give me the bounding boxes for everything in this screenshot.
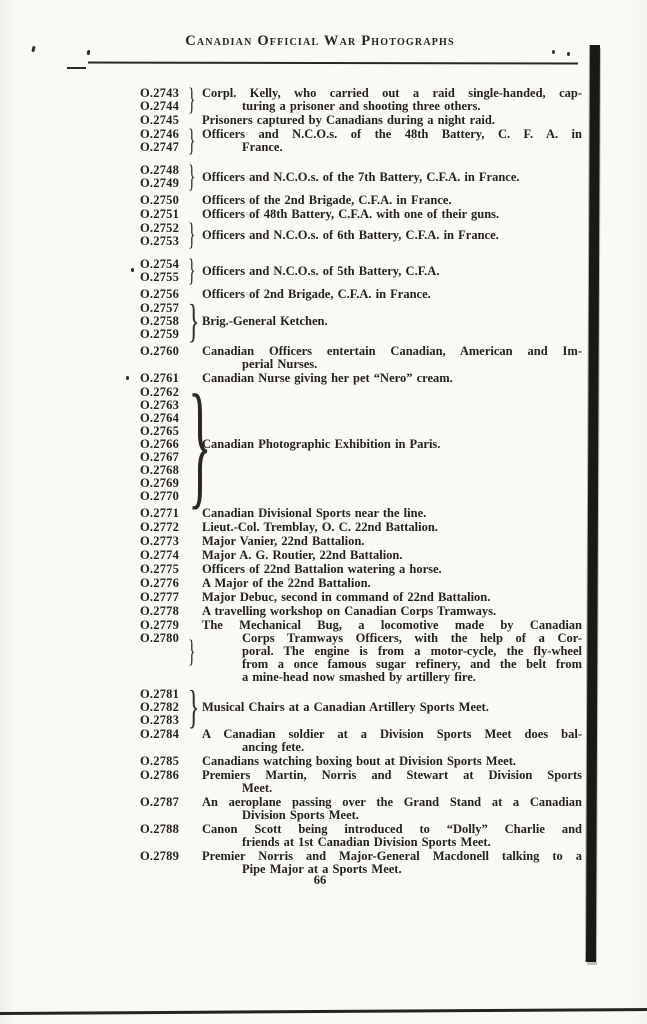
photo-number-column: O.2786	[140, 769, 188, 782]
brace-column	[188, 755, 202, 768]
caption-line: Major Debuc, second in command of 22nd B…	[202, 591, 582, 604]
caption: Musical Chairs at a Canadian Artillery S…	[202, 701, 582, 714]
caption-line: a mine-head now smashed by artillery fir…	[202, 671, 582, 684]
brace-column: }	[188, 688, 202, 727]
photo-number-column: O.2777	[140, 591, 188, 604]
catalog-entry: O.2754O.2755}Officers and N.C.O.s. of 5t…	[140, 258, 582, 284]
photo-number-column: O.2776	[140, 577, 188, 590]
scan-artifact-page-edge	[0, 1008, 647, 1015]
caption: Officers and N.C.O.s. of the 7th Battery…	[202, 171, 582, 184]
brace-column	[188, 521, 202, 534]
caption: Lieut.-Col. Tremblay, O. C. 22nd Battali…	[202, 521, 582, 534]
photo-number-column: O.2785	[140, 755, 188, 768]
brace-column	[188, 563, 202, 576]
group-brace: }	[188, 684, 199, 731]
brace-column	[188, 535, 202, 548]
catalog-entry: O.2756Officers of 2nd Brigade, C.F.A. in…	[140, 288, 582, 301]
photo-number: O.2783	[140, 714, 188, 727]
photo-number: O.2756	[140, 288, 188, 301]
caption: Officers of 22nd Battalion watering a ho…	[202, 563, 582, 576]
photo-number-column: O.2754O.2755	[140, 258, 188, 284]
group-brace: }	[188, 219, 195, 250]
catalog-entry: O.2762O.2763O.2764O.2765O.2766O.2767O.27…	[140, 386, 582, 503]
caption: Canadian Divisional Sports near the line…	[202, 507, 582, 520]
caption: Canadian Photographic Exhibition in Pari…	[202, 438, 582, 451]
caption: Canon Scott being introduced to “Dolly” …	[202, 823, 582, 849]
photo-number-column: O.2750	[140, 194, 188, 207]
group-brace: }	[188, 298, 199, 345]
caption-line: perial Nurses.	[202, 358, 582, 371]
catalog-entry: O.2781O.2782O.2783}Musical Chairs at a C…	[140, 688, 582, 727]
catalog-entry: O.2776A Major of the 22nd Battalion.	[140, 577, 582, 590]
caption-line: turing a prisoner and shooting three oth…	[202, 100, 582, 113]
photo-number-column: O.2751	[140, 208, 188, 221]
caption: Prisoners captured by Canadians during a…	[202, 114, 582, 127]
brace-column	[188, 796, 202, 822]
photo-number: O.2774	[140, 549, 188, 562]
caption: The Mechanical Bug, a locomotive made by…	[202, 619, 582, 684]
group-brace: }	[188, 125, 195, 156]
brace-column: }	[188, 619, 202, 684]
catalog-entry: O.2757O.2758O.2759}Brig.-General Ketchen…	[140, 302, 582, 341]
caption: Major A. G. Routier, 22nd Battalion.	[202, 549, 582, 562]
photo-number: O.2755	[140, 271, 188, 284]
photo-number-column: O.2756	[140, 288, 188, 301]
caption: A Canadian soldier at a Division Sports …	[202, 728, 582, 754]
ink-speck	[567, 52, 570, 56]
photo-catalog-list: O.2743O.2744}Corpl. Kelly, who carried o…	[140, 86, 582, 876]
photo-number-column: O.2761	[140, 372, 188, 385]
photo-number: O.2776	[140, 577, 188, 590]
caption-line: Meet.	[202, 782, 582, 795]
photo-number: O.2751	[140, 208, 188, 221]
photo-number-column: O.2772	[140, 521, 188, 534]
photo-number: O.2760	[140, 345, 188, 358]
caption-line: Officers and N.C.O.s. of the 7th Battery…	[202, 171, 582, 184]
catalog-entry: O.2775Officers of 22nd Battalion waterin…	[140, 563, 582, 576]
catalog-entry: O.2752O.2753}Officers and N.C.O.s. of 6t…	[140, 222, 582, 248]
group-brace: }	[188, 255, 195, 286]
caption-line: Canadian Nurse giving her pet “Nero” cre…	[202, 372, 582, 385]
brace-column	[188, 591, 202, 604]
photo-number: O.2788	[140, 823, 188, 836]
catalog-entry: O.2774Major A. G. Routier, 22nd Battalio…	[140, 549, 582, 562]
photo-number: O.2753	[140, 235, 188, 248]
photo-number-column: O.2746O.2747	[140, 128, 188, 154]
photo-number-column: O.2779O.2780	[140, 619, 188, 645]
caption: Officers and N.C.O.s. of 6th Battery, C.…	[202, 229, 582, 242]
photo-number: O.2784	[140, 728, 188, 741]
catalog-entry: O.2751Officers of 48th Battery, C.F.A. w…	[140, 208, 582, 221]
caption: Officers of the 2nd Brigade, C.F.A. in F…	[202, 194, 582, 207]
photo-number-column: O.2743O.2744	[140, 87, 188, 113]
photo-number-column: O.2762O.2763O.2764O.2765O.2766O.2767O.27…	[140, 386, 188, 503]
caption-line: France.	[202, 141, 582, 154]
photo-number: O.2771	[140, 507, 188, 520]
caption: Officers of 2nd Brigade, C.F.A. in Franc…	[202, 288, 582, 301]
photo-number-column: O.2771	[140, 507, 188, 520]
caption: Officers and N.C.O.s. of 5th Battery, C.…	[202, 265, 582, 278]
ink-speck	[31, 46, 35, 53]
photo-number-column: O.2784	[140, 728, 188, 741]
photo-number: O.2780	[140, 632, 188, 645]
group-brace: }	[188, 374, 212, 514]
caption-line: Officers and N.C.O.s. of 5th Battery, C.…	[202, 265, 582, 278]
caption: Corpl. Kelly, who carried out a raid sin…	[202, 87, 582, 113]
caption-line: Prisoners captured by Canadians during a…	[202, 114, 582, 127]
brace-column: }	[188, 386, 202, 503]
photo-number-column: O.2775	[140, 563, 188, 576]
photo-number-column: O.2773	[140, 535, 188, 548]
catalog-entry: O.2745Prisoners captured by Canadians du…	[140, 114, 582, 127]
group-brace: }	[188, 636, 195, 667]
caption-line: Major Vanier, 22nd Battalion.	[202, 535, 582, 548]
photo-number-column: O.2748O.2749	[140, 164, 188, 190]
catalog-entry: O.2784A Canadian soldier at a Division S…	[140, 728, 582, 754]
caption-line: Lieut.-Col. Tremblay, O. C. 22nd Battali…	[202, 521, 582, 534]
brace-column: }	[188, 87, 202, 113]
photo-number: O.2786	[140, 769, 188, 782]
ink-speck	[87, 50, 91, 55]
ink-speck	[131, 268, 134, 272]
photo-number-column: O.2788	[140, 823, 188, 836]
catalog-entry: O.2788Canon Scott being introduced to “D…	[140, 823, 582, 849]
caption: Officers and N.C.O.s. of the 48th Batter…	[202, 128, 582, 154]
brace-column	[188, 823, 202, 849]
caption: A travelling workshop on Canadian Corps …	[202, 605, 582, 618]
header-rule-dash	[67, 67, 86, 69]
brace-column: }	[188, 302, 202, 341]
brace-column: }	[188, 222, 202, 248]
ink-speck	[126, 376, 129, 380]
caption-line: Officers of 2nd Brigade, C.F.A. in Franc…	[202, 288, 582, 301]
catalog-entry: O.2786Premiers Martin, Norris and Stewar…	[140, 769, 582, 795]
photo-number: O.2761	[140, 372, 188, 385]
caption-line: Officers and N.C.O.s. of 6th Battery, C.…	[202, 229, 582, 242]
caption: Officers of 48th Battery, C.F.A. with on…	[202, 208, 582, 221]
photo-number-column: O.2787	[140, 796, 188, 809]
ink-speck	[552, 50, 555, 54]
caption-line: A Major of the 22nd Battalion.	[202, 577, 582, 590]
photo-number: O.2750	[140, 194, 188, 207]
caption-line: Major A. G. Routier, 22nd Battalion.	[202, 549, 582, 562]
photo-number-column: O.2752O.2753	[140, 222, 188, 248]
catalog-entry: O.2779O.2780}The Mechanical Bug, a locom…	[140, 619, 582, 684]
brace-column	[188, 549, 202, 562]
photo-number-column: O.2760	[140, 345, 188, 358]
caption: An aeroplane passing over the Grand Stan…	[202, 796, 582, 822]
catalog-entry: O.2772Lieut.-Col. Tremblay, O. C. 22nd B…	[140, 521, 582, 534]
caption: Major Debuc, second in command of 22nd B…	[202, 591, 582, 604]
photo-number: O.2787	[140, 796, 188, 809]
photo-number: O.2775	[140, 563, 188, 576]
caption-line: Canadians watching boxing bout at Divisi…	[202, 755, 582, 768]
caption-line: Canadian Photographic Exhibition in Pari…	[202, 438, 582, 451]
catalog-entry: O.2777Major Debuc, second in command of …	[140, 591, 582, 604]
photo-number: O.2747	[140, 141, 188, 154]
header-rule	[88, 61, 578, 64]
brace-column	[188, 577, 202, 590]
brace-column	[188, 769, 202, 795]
catalog-entry: O.2778A travelling workshop on Canadian …	[140, 605, 582, 618]
photo-number: O.2789	[140, 850, 188, 863]
brace-column	[188, 194, 202, 207]
brace-column	[188, 605, 202, 618]
photo-number-column: O.2789	[140, 850, 188, 863]
catalog-entry: O.2750Officers of the 2nd Brigade, C.F.A…	[140, 194, 582, 207]
caption: Brig.-General Ketchen.	[202, 315, 582, 328]
photo-number: O.2778	[140, 605, 188, 618]
photo-number-column: O.2774	[140, 549, 188, 562]
photo-number: O.2759	[140, 328, 188, 341]
caption-line: Musical Chairs at a Canadian Artillery S…	[202, 701, 582, 714]
caption: Premiers Martin, Norris and Stewart at D…	[202, 769, 582, 795]
catalog-entry: O.2773Major Vanier, 22nd Battalion.	[140, 535, 582, 548]
caption-line: Officers of 22nd Battalion watering a ho…	[202, 563, 582, 576]
caption-line: Division Sports Meet.	[202, 809, 582, 822]
caption-line: Brig.-General Ketchen.	[202, 315, 582, 328]
caption-line: ancing fete.	[202, 741, 582, 754]
caption-line: Canadian Divisional Sports near the line…	[202, 507, 582, 520]
page-title: Canadian Official War Photographs	[0, 33, 640, 50]
caption: A Major of the 22nd Battalion.	[202, 577, 582, 590]
photo-number-column: O.2757O.2758O.2759	[140, 302, 188, 341]
caption-line: Officers of 48th Battery, C.F.A. with on…	[202, 208, 582, 221]
photo-number: O.2744	[140, 100, 188, 113]
scan-artifact-binding-strip	[586, 45, 600, 962]
catalog-entry: O.2748O.2749}Officers and N.C.O.s. of th…	[140, 164, 582, 190]
brace-column: }	[188, 164, 202, 190]
caption: Major Vanier, 22nd Battalion.	[202, 535, 582, 548]
group-brace: }	[188, 161, 195, 192]
catalog-entry: O.2743O.2744}Corpl. Kelly, who carried o…	[140, 87, 582, 113]
photo-number: O.2770	[140, 490, 188, 503]
catalog-entry: O.2746O.2747}Officers and N.C.O.s. of th…	[140, 128, 582, 154]
page-number: 66	[0, 873, 640, 888]
brace-column: }	[188, 258, 202, 284]
caption: Canadian Officers entertain Canadian, Am…	[202, 345, 582, 371]
brace-column: }	[188, 128, 202, 154]
photo-number: O.2772	[140, 521, 188, 534]
photo-number-column: O.2781O.2782O.2783	[140, 688, 188, 727]
caption-line: A travelling workshop on Canadian Corps …	[202, 605, 582, 618]
photo-number-column: O.2745	[140, 114, 188, 127]
photo-number: O.2773	[140, 535, 188, 548]
caption-line: Officers of the 2nd Brigade, C.F.A. in F…	[202, 194, 582, 207]
catalog-entry: O.2785Canadians watching boxing bout at …	[140, 755, 582, 768]
photo-number: O.2749	[140, 177, 188, 190]
caption: Canadian Nurse giving her pet “Nero” cre…	[202, 372, 582, 385]
caption-line: friends at 1st Canadian Division Sports …	[202, 836, 582, 849]
photo-number: O.2745	[140, 114, 188, 127]
scanned-page: Canadian Official War Photographs O.2743…	[0, 0, 647, 1024]
catalog-entry: O.2787An aeroplane passing over the Gran…	[140, 796, 582, 822]
caption: Canadians watching boxing bout at Divisi…	[202, 755, 582, 768]
photo-number: O.2785	[140, 755, 188, 768]
photo-number-column: O.2778	[140, 605, 188, 618]
photo-number: O.2777	[140, 591, 188, 604]
group-brace: }	[188, 84, 195, 115]
